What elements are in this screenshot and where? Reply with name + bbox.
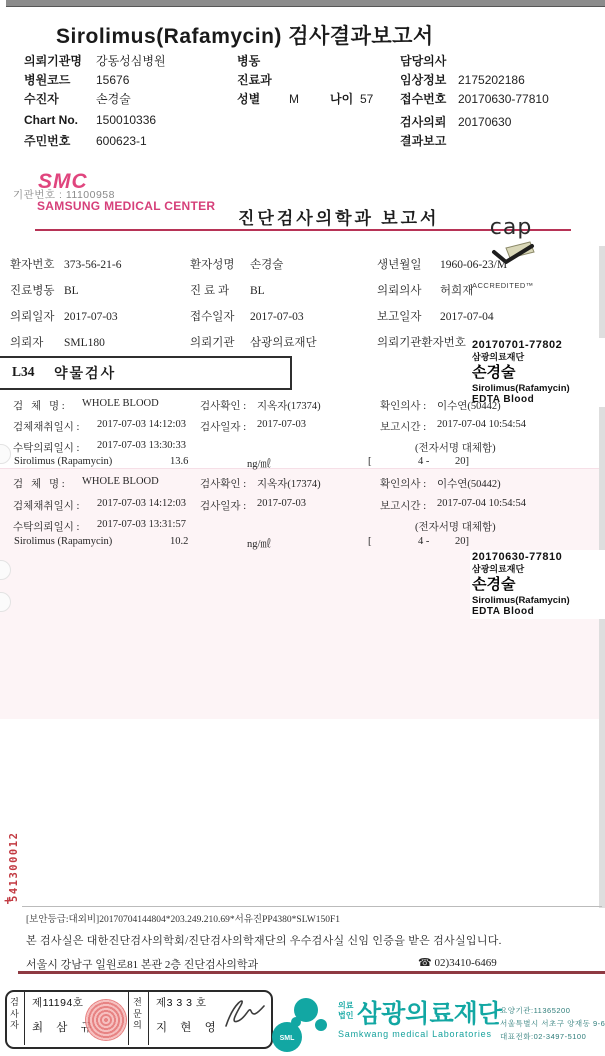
section-name: 약물검사 [54, 363, 116, 383]
verify-label: 검사확인 : [200, 398, 246, 413]
accept-date: 접수일자2017-07-03 [190, 308, 304, 324]
field-age: 나이57 [330, 90, 373, 107]
requester: 의뢰자SML180 [10, 334, 105, 350]
field-label: 주민번호 [24, 132, 96, 149]
specialist-license-no: 제3 3 3 호 [156, 995, 207, 1010]
lab-report-page: Sirolimus(Rafamycin) 검사결과보고서 의뢰기관명강동성심병원… [0, 0, 605, 1056]
field-value: 1960-06-23/M [440, 259, 507, 271]
field-label: 의뢰자 [10, 334, 64, 350]
requested-datetime: 2017-07-03 13:31:57 [97, 519, 186, 530]
field-label: 나이 [330, 90, 360, 107]
org-tel: 대표전화:02-3497-5100 [500, 1031, 586, 1042]
field-label: 접수일자 [190, 308, 250, 324]
field-value: BL [250, 285, 265, 297]
institution-patient-no: 의뢰기관환자번호 [377, 334, 466, 350]
confirm-label: 확인의사 : [380, 476, 426, 491]
org-type-line2: 법인 [338, 1011, 353, 1021]
field-label: 성별 [237, 90, 289, 107]
sticker-patient-name: 손경술 [472, 364, 605, 382]
collected-datetime: 2017-07-03 14:12:03 [97, 498, 186, 509]
field-label: 접수번호 [400, 90, 458, 107]
punch-hole [0, 444, 11, 464]
field-accept-no: 접수번호20170630-77810 [400, 90, 549, 107]
cert-box-divider [148, 990, 149, 1045]
sticker-specimen-type: EDTA Blood [472, 606, 605, 618]
field-label: 진료병동 [10, 282, 64, 298]
field-label: Chart No. [24, 113, 96, 127]
field-examinee: 수진자손경술 [24, 90, 131, 107]
care-ward: 진료병동BL [10, 282, 79, 298]
field-department: 진료과 [237, 71, 272, 88]
lab-phone: ☎ 02)3410-6469 [418, 956, 497, 969]
range-bracket: [ [368, 536, 372, 547]
result-value: 13.6 [170, 456, 188, 467]
examiner-role-label: 검사자 [8, 997, 21, 1032]
field-value: 삼광의료재단 [250, 337, 317, 349]
accreditation-line: 본 검사실은 대한진단검사의학회/진단검사의학재단의 우수검사실 신임 인증을 … [26, 932, 502, 948]
patient-birthdate: 생년월일1960-06-23/M [377, 256, 507, 272]
analyte-name: Sirolimus (Rapamycin) [14, 456, 112, 467]
phone-icon: ☎ [418, 957, 432, 969]
requested-label: 수탁의뢰일시 : [13, 440, 79, 455]
reported-label: 보고시간 : [380, 419, 426, 434]
cap-wordmark: cap [490, 215, 533, 240]
side-barcode-number: 541300012 [8, 832, 20, 902]
verifier: 지옥자(17374) [257, 398, 321, 413]
field-chart-no: Chart No.150010336 [24, 113, 156, 127]
field-value: 57 [360, 92, 373, 106]
sticker-accession: 20170630-77810 [472, 551, 605, 564]
patient-number: 환자번호373-56-21-6 [10, 256, 122, 272]
requested-datetime: 2017-07-03 13:30:33 [97, 440, 186, 451]
field-value: 손경술 [250, 259, 283, 271]
specimen-value: WHOLE BLOOD [82, 476, 159, 487]
field-label: 결과보고 [400, 132, 458, 149]
specialist-signature [220, 994, 268, 1034]
confirmer: 이수연(50442) [437, 476, 501, 491]
range-high: 20] [455, 536, 469, 547]
specimen-label: 검 체 명 : [13, 476, 65, 491]
requested-label: 수탁의뢰일시 : [13, 519, 79, 534]
field-test-request: 검사의뢰20170630 [400, 113, 511, 130]
field-value: 2175202186 [458, 73, 525, 87]
reported-datetime: 2017-07-04 10:54:54 [437, 419, 526, 430]
range-low: 4 - [418, 536, 429, 547]
window-top-edge [6, 0, 605, 7]
phone-number: 02)3410-6469 [434, 957, 496, 969]
field-value: M [289, 92, 299, 106]
section-code: L34 [12, 364, 35, 380]
bottom-rule [18, 971, 605, 974]
field-label: 진 료 과 [190, 282, 250, 298]
field-value: 2017-07-03 [64, 311, 118, 323]
field-value: 15676 [96, 73, 129, 87]
org-type-line1: 의료 [338, 1001, 353, 1011]
field-value: 손경술 [96, 92, 131, 106]
esign-note: (전자서명 대체함) [415, 440, 496, 455]
result-value: 10.2 [170, 536, 188, 547]
range-high: 20] [455, 456, 469, 467]
analyte-name: Sirolimus (Rapamycin) [14, 536, 112, 547]
field-label: 의뢰의사 [377, 282, 440, 298]
test-date: 2017-07-03 [257, 419, 306, 430]
requesting-doctor: 의뢰의사허희재 [377, 282, 473, 298]
sticker-org: 삼광의료재단 [472, 564, 605, 575]
sticker-accession: 20170701-77802 [472, 339, 605, 352]
esign-note: (전자서명 대체함) [415, 519, 496, 534]
field-label: 수진자 [24, 90, 96, 107]
notice-divider [22, 906, 602, 907]
field-label: 담당의사 [400, 52, 458, 69]
field-value: SML180 [64, 337, 105, 349]
collected-label: 검체채취일시 : [13, 419, 79, 434]
sml-logo: SML [268, 992, 342, 1054]
field-sex: 성별M [237, 90, 299, 107]
field-value: 2017-07-03 [250, 311, 304, 323]
testdate-label: 검사일자 : [200, 419, 246, 434]
field-label: 의뢰기관환자번호 [377, 334, 466, 350]
security-line: [보안등급:대외비]20170704144804*203.249.210.69*… [26, 911, 340, 925]
field-hospital-code: 병원코드15676 [24, 71, 129, 88]
cert-box-divider [24, 990, 25, 1045]
field-value: 20170630 [458, 115, 511, 129]
result-unit: ng/㎖ [247, 536, 271, 551]
verify-label: 검사확인 : [200, 476, 246, 491]
field-label: 병원코드 [24, 71, 96, 88]
field-label: 검사의뢰 [400, 113, 458, 130]
care-department: 진 료 과BL [190, 282, 265, 298]
confirmer: 이수연(50442) [437, 398, 501, 413]
field-resident-no: 주민번호600623-1 [24, 132, 147, 149]
field-label: 환자성명 [190, 256, 250, 272]
org-name-english: Samkwang medical Laboratories [338, 1029, 492, 1039]
field-value: 강동성심병원 [96, 54, 166, 68]
specialist-name: 지 현 영 [156, 1019, 221, 1035]
smc-name: SAMSUNG MEDICAL CENTER [37, 199, 215, 213]
org-type-label: 의료 법인 [338, 1001, 353, 1021]
field-label: 의뢰일자 [10, 308, 64, 324]
field-label: 임상정보 [400, 71, 458, 88]
requesting-institution: 의뢰기관삼광의료재단 [190, 334, 317, 350]
range-bracket: [ [368, 456, 372, 467]
field-ward: 병동 [237, 52, 260, 69]
specimen-label: 검 체 명 : [13, 398, 65, 413]
confirm-label: 확인의사 : [380, 398, 426, 413]
care-institution-no: 요양기관:11365200 [500, 1005, 570, 1016]
reported-label: 보고시간 : [380, 498, 426, 513]
field-clinical-info: 임상정보2175202186 [400, 71, 525, 88]
cert-box-divider [128, 990, 129, 1045]
field-label: 병동 [237, 52, 260, 69]
patient-name: 환자성명손경술 [190, 256, 283, 272]
field-label: 의뢰기관명 [24, 52, 96, 69]
field-result-report: 결과보고 [400, 132, 458, 149]
registration-mark: + [4, 893, 12, 908]
org-name: 삼광의료재단 [357, 994, 502, 1030]
field-value: 허희재 [440, 285, 473, 297]
report-date: 보고일자2017-07-04 [377, 308, 494, 324]
lab-address-line: 서울시 강남구 일원로81 본관 2층 진단검사의학과 [26, 956, 258, 972]
field-requesting-org: 의뢰기관명강동성심병원 [24, 52, 166, 69]
field-value: 600623-1 [96, 134, 147, 148]
collected-label: 검체채취일시 : [13, 498, 79, 513]
test-date: 2017-07-03 [257, 498, 306, 509]
sticker-test-name: Sirolimus(Rafamycin) [472, 383, 605, 394]
examiner-license-no: 제11194호 [32, 995, 83, 1010]
field-value: 150010336 [96, 113, 156, 127]
verifier: 지옥자(17374) [257, 476, 321, 491]
range-low: 4 - [418, 456, 429, 467]
sticker-org: 삼광의료재단 [472, 352, 605, 363]
examiner-stamp-icon [85, 999, 127, 1041]
specimen-value: WHOLE BLOOD [82, 398, 159, 409]
page-title: Sirolimus(Rafamycin) 검사결과보고서 [56, 20, 434, 50]
sticker-test-name: Sirolimus(Rafamycin) [472, 595, 605, 606]
specimen-label-sticker: 20170630-77810 삼광의료재단 손경술 Sirolimus(Rafa… [470, 550, 605, 619]
org-address: 서울특별시 서초구 양재동 9-60 [500, 1018, 605, 1029]
field-value: 373-56-21-6 [64, 259, 122, 271]
sticker-patient-name: 손경술 [472, 576, 605, 594]
field-label: 생년월일 [377, 256, 440, 272]
field-label: 보고일자 [377, 308, 440, 324]
specimen-label-sticker: 20170701-77802 삼광의료재단 손경술 Sirolimus(Rafa… [470, 338, 605, 407]
reported-datetime: 2017-07-04 10:54:54 [437, 498, 526, 509]
field-value: BL [64, 285, 79, 297]
testdate-label: 검사일자 : [200, 498, 246, 513]
sml-logo-text: SML [280, 1035, 296, 1042]
cap-accredited-text: ACCREDITED™ [472, 281, 536, 290]
field-label: 진료과 [237, 71, 272, 88]
request-date: 의뢰일자2017-07-03 [10, 308, 118, 324]
report-title: 진단검사의학과 보고서 [238, 204, 439, 229]
field-value: 20170630-77810 [458, 92, 549, 106]
collected-datetime: 2017-07-03 14:12:03 [97, 419, 186, 430]
field-label: 환자번호 [10, 256, 64, 272]
field-doctor: 담당의사 [400, 52, 458, 69]
result-unit: ng/㎖ [247, 456, 271, 471]
section-box: L34 약물검사 [0, 356, 292, 390]
field-value: 2017-07-04 [440, 311, 494, 323]
field-label: 의뢰기관 [190, 334, 250, 350]
specialist-role-label: 전문의 [131, 997, 144, 1032]
